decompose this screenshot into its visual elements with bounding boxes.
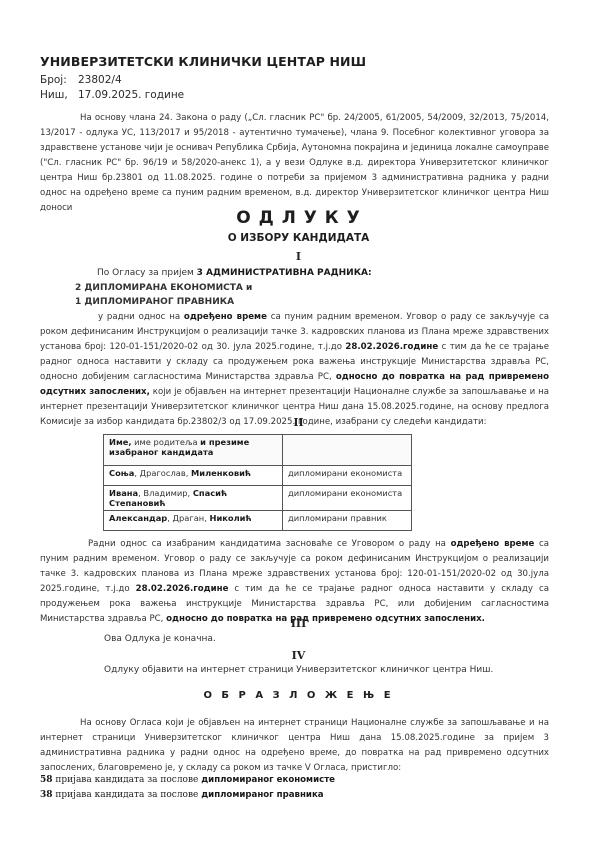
date-value: 17.09.2025. године (78, 89, 184, 101)
preamble-paragraph: На основу члана 24. Закона о раду („Сл. … (40, 111, 549, 216)
section-1-paragraph: у радни однос на одређено време са пуним… (40, 310, 549, 430)
section-1-economists: 2 ДИПЛОМИРАНА ЕКОНОМИСТА и (75, 283, 252, 293)
section-1-numeral: I (0, 250, 597, 263)
decision-title: О Д Л У К У (0, 208, 597, 228)
section-3-numeral: III (0, 617, 597, 630)
section-3-text: Ова Одлука је коначна. (104, 634, 216, 644)
place-label: Ниш, (40, 89, 78, 101)
document-number: Број:23802/4 (40, 74, 122, 86)
decision-subtitle: О ИЗБОРУ КАНДИДАТА (0, 232, 597, 244)
header-title-cell (283, 435, 412, 466)
section-4-numeral: IV (0, 649, 597, 662)
document-date: Ниш,17.09.2025. године (40, 89, 184, 101)
applications-lawyer: 38 пријава кандидата за послове дипломир… (40, 790, 324, 800)
candidates-table: Име, име родитеља и презиме изабраног ка… (103, 434, 412, 531)
organization-name: УНИВЕРЗИТЕТСКИ КЛИНИЧКИ ЦЕНТАР НИШ (40, 54, 366, 69)
number-label: Број: (40, 74, 78, 86)
section-1-intro: По Огласу за пријем 3 АДМИНИСТРАТИВНА РА… (97, 268, 372, 278)
header-name-cell: Име, име родитеља и презиме изабраног ка… (104, 435, 283, 466)
applications-economist: 58 пријава кандидата за послове дипломир… (40, 775, 335, 785)
reasoning-title: О Б Р А З Л О Ж Е Њ Е (0, 690, 597, 701)
section-4-text: Одлуку објавити на интернет страници Уни… (104, 665, 493, 675)
section-2-paragraph: Радни однос са изабраним кандидатима зас… (40, 537, 549, 627)
table-header-row: Име, име родитеља и презиме изабраног ка… (104, 435, 412, 466)
table-row: Соња, Драгослав, Миленковић дипломирани … (104, 466, 412, 486)
section-2-numeral: II (0, 416, 597, 429)
section-1-lawyer: 1 ДИПЛОМИРАНОГ ПРАВНИКА (75, 297, 234, 307)
table-row: Александар, Драган, Николић дипломирани … (104, 511, 412, 531)
number-value: 23802/4 (78, 74, 122, 86)
table-row: Ивана, Владимир, Спасић Степановић дипло… (104, 486, 412, 511)
reasoning-paragraph: На основу Огласа који је објављен на инт… (40, 716, 549, 776)
